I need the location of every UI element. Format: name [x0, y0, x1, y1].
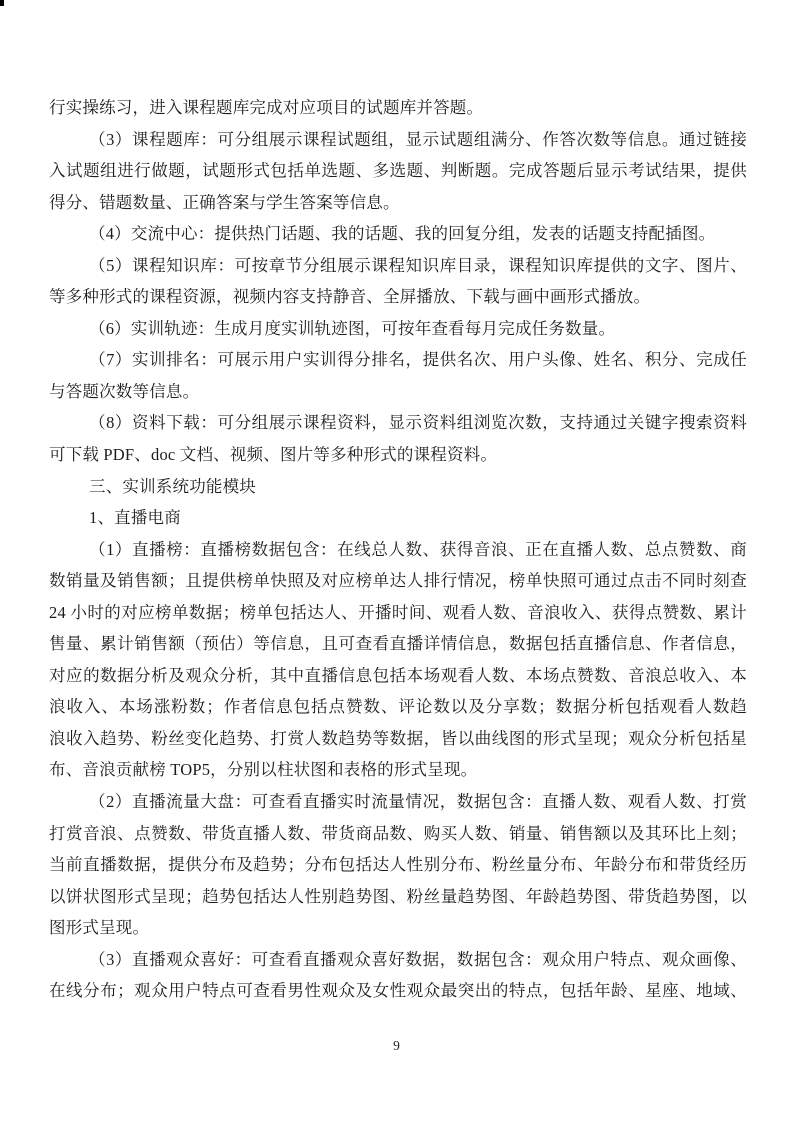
text-line: 布、音浪贡献榜 TOP5，分别以柱状图和表格的形式呈现。: [49, 754, 747, 786]
text-line: 打赏音浪、点赞数、带货直播人数、带货商品数、购买人数、销量、销售额以及其环比上刻…: [49, 818, 747, 850]
page-number: 9: [0, 1038, 793, 1054]
scan-artifact: [0, 0, 4, 6]
document-body: 行实操练习，进入课程题库完成对应项目的试题库并答题。（3）课程题库：可分组展示课…: [49, 92, 747, 1007]
text-line: 数销量及销售额；且提供榜单快照及对应榜单达人排行情况，榜单快照可通过点击不同时刻…: [49, 565, 747, 597]
text-line: （1）直播榜：直播榜数据包含：在线总人数、获得音浪、正在直播人数、总点赞数、商品…: [49, 534, 747, 566]
text-line: 等多种形式的课程资源，视频内容支持静音、全屏播放、下载与画中画形式播放。: [49, 281, 747, 313]
text-line: 24 小时的对应榜单数据；榜单包括达人、开播时间、观看人数、音浪收入、获得点赞数…: [49, 597, 747, 629]
text-line: （2）直播流量大盘：可查看直播实时流量情况，数据包含：直播人数、观看人数、打赏人…: [49, 786, 747, 818]
text-line: 当前直播数据，提供分布及趋势；分布包括达人性别分布、粉丝量分布、年龄分布和带货经…: [49, 849, 747, 881]
text-line: 以饼状图形式呈现；趋势包括达人性别趋势图、粉丝量趋势图、年龄趋势图、带货趋势图，…: [49, 881, 747, 913]
text-line: 浪收入趋势、粉丝变化趋势、打赏人数趋势等数据，皆以曲线图的形式呈现；观众分析包括…: [49, 723, 747, 755]
text-line: 可下载 PDF、doc 文档、视频、图片等多种形式的课程资料。: [49, 439, 747, 471]
text-line: 1、直播电商: [49, 502, 747, 534]
text-line: 浪收入、本场涨粉数；作者信息包括点赞数、评论数以及分享数；数据分析包括观看人数趋…: [49, 691, 747, 723]
text-line: 对应的数据分析及观众分析，其中直播信息包括本场观看人数、本场点赞数、音浪总收入、…: [49, 660, 747, 692]
text-line: 在线分布；观众用户特点可查看男性观众及女性观众最突出的特点，包括年龄、星座、地域…: [49, 975, 747, 1007]
text-line: （8）资料下载：可分组展示课程资料，显示资料组浏览次数，支持通过关键字搜索资料组…: [49, 407, 747, 439]
text-line: 与答题次数等信息。: [49, 376, 747, 408]
text-line: 售量、累计销售额（预估）等信息，且可查看直播详情信息，数据包括直播信息、作者信息…: [49, 628, 747, 660]
text-line: 行实操练习，进入课程题库完成对应项目的试题库并答题。: [49, 92, 747, 124]
document-page: 行实操练习，进入课程题库完成对应项目的试题库并答题。（3）课程题库：可分组展示课…: [0, 0, 793, 1122]
text-line: （5）课程知识库：可按章节分组展示课程知识库目录，课程知识库提供的文字、图片、视…: [49, 250, 747, 282]
text-line: 入试题组进行做题，试题形式包括单选题、多选题、判断题。完成答题后显示考试结果，提…: [49, 155, 747, 187]
text-line: （3）直播观众喜好：可查看直播观众喜好数据，数据包含：观众用户特点、观众画像、观…: [49, 944, 747, 976]
text-line: （3）课程题库：可分组展示课程试题组，显示试题组满分、作答次数等信息。通过链接可…: [49, 124, 747, 156]
text-line: （6）实训轨迹：生成月度实训轨迹图，可按年查看每月完成任务数量。: [49, 313, 747, 345]
text-line: 得分、错题数量、正确答案与学生答案等信息。: [49, 187, 747, 219]
text-line: （4）交流中心：提供热门话题、我的话题、我的回复分组，发表的话题支持配插图。: [49, 218, 747, 250]
text-line: （7）实训排名：可展示用户实训得分排名，提供名次、用户头像、姓名、积分、完成任务…: [49, 344, 747, 376]
text-line: 三、实训系统功能模块: [49, 471, 747, 503]
text-line: 图形式呈现。: [49, 912, 747, 944]
